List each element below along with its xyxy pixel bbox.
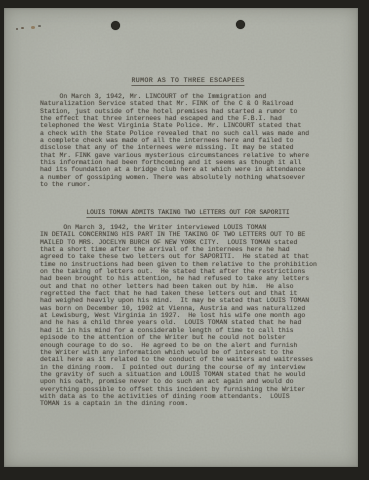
- punch-hole-left: [111, 21, 120, 30]
- paragraph-toman: On March 3, 1942, the Writer interviewed…: [40, 224, 317, 408]
- pencil-mark: [16, 28, 18, 30]
- section-heading-toman: LOUIS TOMAN ADMITS TAKING TWO LETTERS OU…: [86, 209, 289, 218]
- paragraph-rumor: On March 3, 1942, Mr. LINCOURT of the Im…: [40, 93, 309, 188]
- pencil-mark: [38, 25, 41, 27]
- pencil-mark: [31, 26, 35, 29]
- punch-hole-right: [236, 20, 245, 29]
- section-heading-rumor: RUMOR AS TO THREE ESCAPEES: [131, 77, 244, 86]
- pencil-mark: [21, 27, 24, 29]
- document-page: RUMOR AS TO THREE ESCAPEES On March 3, 1…: [4, 8, 358, 467]
